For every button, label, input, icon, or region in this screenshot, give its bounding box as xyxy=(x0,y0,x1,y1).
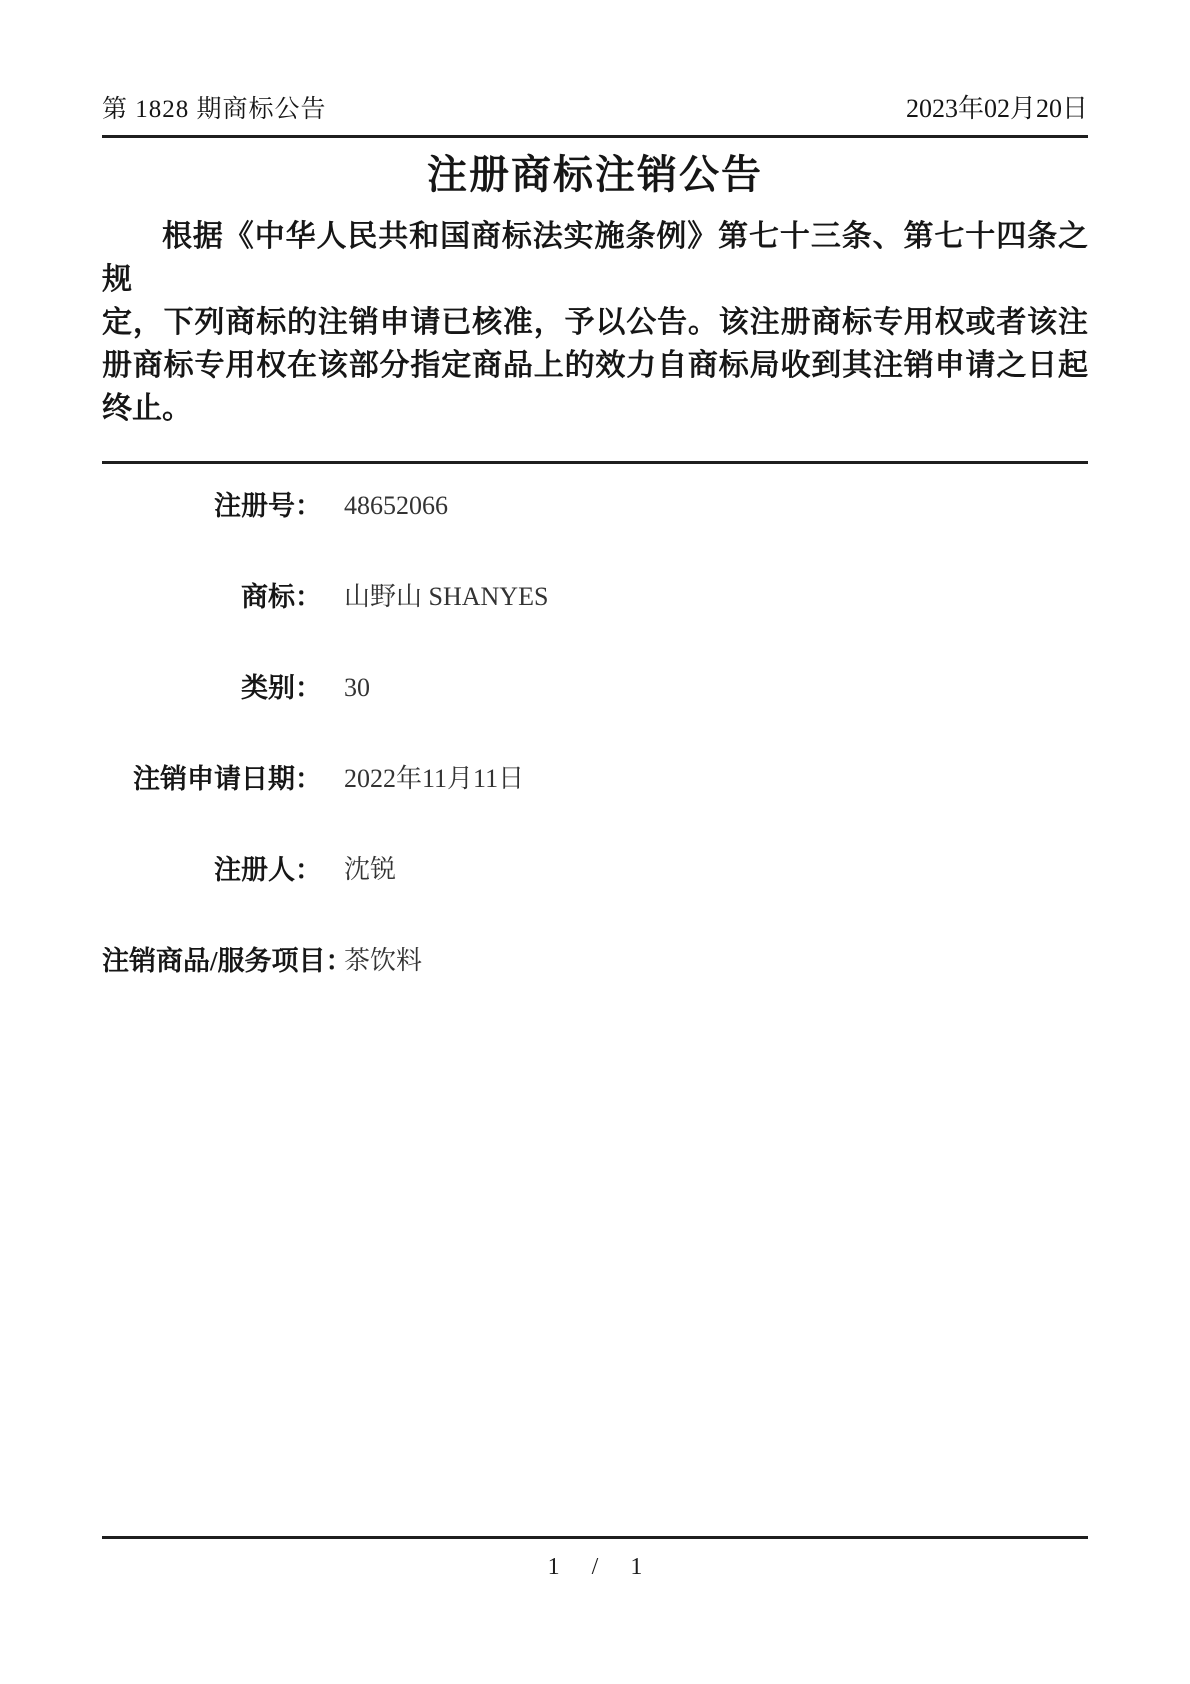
field-row-cancellation-date: 注销申请日期： 2022年11月11日 xyxy=(102,764,1088,855)
field-row-registrant: 注册人： 沈锐 xyxy=(102,855,1088,946)
gazette-date: 2023年02月20日 xyxy=(906,88,1088,125)
current-page-number: 1 xyxy=(548,1554,560,1581)
paragraph-line: 定，下列商标的注销申请已核准，予以公告。该注册商标专用权或者该注 xyxy=(102,301,1088,344)
cancelled-goods-label: 注销商品/服务项目： xyxy=(102,946,322,976)
field-row-registration-number: 注册号： 48652066 xyxy=(102,491,1088,582)
section-divider xyxy=(102,461,1088,464)
total-page-count: 1 xyxy=(630,1554,642,1581)
registrant-label: 注册人： xyxy=(102,855,322,885)
paragraph-line: 终止。 xyxy=(102,387,1088,430)
registration-number-label: 注册号： xyxy=(102,491,322,521)
paragraph-line: 根据《中华人民共和国商标法实施条例》第七十三条、第七十四条之规 xyxy=(102,215,1088,301)
trademark-label: 商标： xyxy=(102,582,322,612)
registration-number-value: 48652066 xyxy=(322,491,448,521)
page-separator: / xyxy=(592,1554,599,1581)
field-row-class: 类别： 30 xyxy=(102,673,1088,764)
page-title: 注册商标注销公告 xyxy=(102,151,1088,199)
class-label: 类别： xyxy=(102,673,322,703)
page-header: 第 1828 期商标公告 2023年02月20日 xyxy=(102,0,1088,125)
cancellation-date-label: 注销申请日期： xyxy=(102,764,322,794)
trademark-detail-fields: 注册号： 48652066 商标： 山野山 SHANYES 类别： 30 注销申… xyxy=(102,491,1088,1037)
announcement-paragraph: 根据《中华人民共和国商标法实施条例》第七十三条、第七十四条之规 定，下列商标的注… xyxy=(102,215,1088,430)
paragraph-line: 册商标专用权在该部分指定商品上的效力自商标局收到其注销申请之日起 xyxy=(102,344,1088,387)
field-row-trademark: 商标： 山野山 SHANYES xyxy=(102,582,1088,673)
trademark-value: 山野山 SHANYES xyxy=(322,582,548,612)
field-row-cancelled-goods: 注销商品/服务项目： 茶饮料 xyxy=(102,946,1088,1037)
cancelled-goods-value: 茶饮料 xyxy=(322,946,422,976)
page-footer: 1/1 xyxy=(0,1554,1190,1581)
gazette-issue-label: 第 1828 期商标公告 xyxy=(102,89,327,125)
header-divider xyxy=(102,135,1088,138)
document-body: 第 1828 期商标公告 2023年02月20日 注册商标注销公告 根据《中华人… xyxy=(102,0,1088,1037)
class-value: 30 xyxy=(322,673,370,703)
footer-divider xyxy=(102,1536,1088,1539)
registrant-value: 沈锐 xyxy=(322,855,396,885)
gazette-page: { "header": { "issue_label": "第 1828 期商标… xyxy=(0,0,1190,1684)
cancellation-date-value: 2022年11月11日 xyxy=(322,764,524,794)
